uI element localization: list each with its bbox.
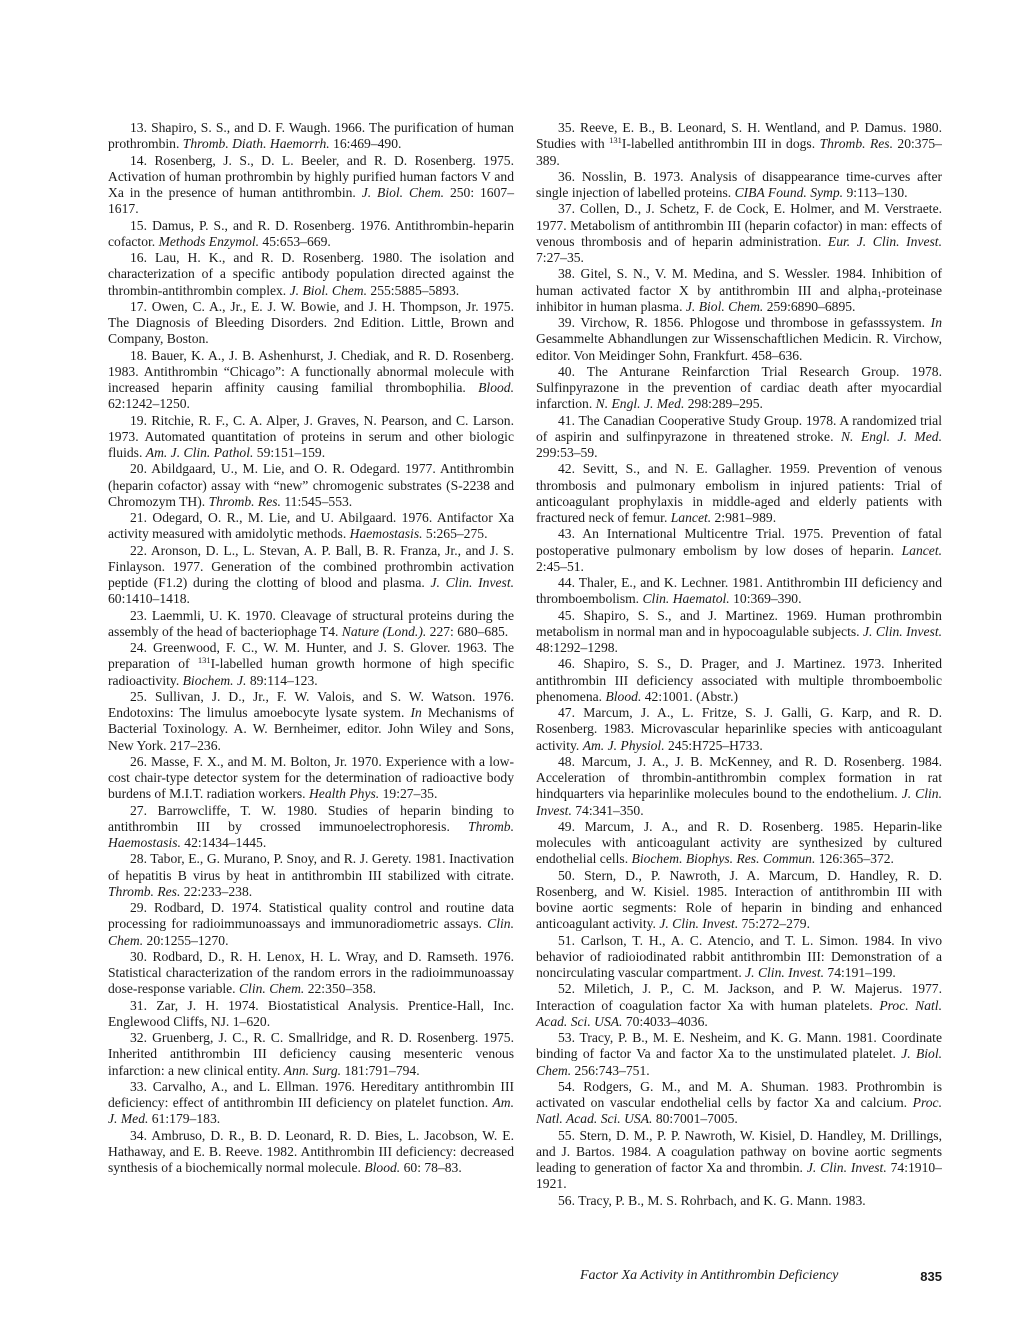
reference-citation: 20:1255–1270. bbox=[143, 933, 228, 948]
journal-name: Biochem. Biophys. Res. Commun. bbox=[632, 851, 816, 866]
journal-name: In bbox=[931, 315, 942, 330]
reference-item: 50. Stern, D., P. Nawroth, J. A. Marcum,… bbox=[536, 868, 942, 933]
reference-number: 46. bbox=[558, 656, 575, 671]
journal-name: J. Clin. Invest. bbox=[745, 965, 824, 980]
reference-item: 33. Carvalho, A., and L. Ellman. 1976. H… bbox=[108, 1079, 514, 1128]
reference-number: 16. bbox=[130, 250, 147, 265]
reference-number: 17. bbox=[130, 299, 147, 314]
reference-citation: 10:369–390. bbox=[730, 591, 802, 606]
reference-text: Barrowcliffe, T. W. 1980. Studies of hep… bbox=[108, 803, 514, 834]
reference-citation: 48:1292–1298. bbox=[536, 640, 618, 655]
reference-number: 40. bbox=[558, 364, 575, 379]
reference-number: 18. bbox=[130, 348, 147, 363]
journal-name: Eur. J. Clin. Invest. bbox=[828, 234, 942, 249]
reference-citation: 59:151–159. bbox=[253, 445, 325, 460]
reference-item: 35. Reeve, E. B., B. Leonard, S. H. Went… bbox=[536, 120, 942, 169]
reference-item: 42. Sevitt, S., and N. E. Gallagher. 195… bbox=[536, 461, 942, 526]
reference-number: 24. bbox=[130, 640, 147, 655]
page-number: 835 bbox=[920, 1269, 942, 1284]
reference-number: 20. bbox=[130, 461, 147, 476]
journal-name: J. Biol. Chem. bbox=[362, 185, 444, 200]
journal-name: Nature (Lond.). bbox=[342, 624, 426, 639]
reference-item: 36. Nosslin, B. 1973. Analysis of disapp… bbox=[536, 169, 942, 202]
journal-name: Clin. Chem. bbox=[239, 981, 304, 996]
reference-number: 35. bbox=[558, 120, 575, 135]
reference-text: An International Multicentre Trial. 1975… bbox=[536, 526, 942, 557]
reference-item: 39. Virchow, R. 1856. Phlogose und throm… bbox=[536, 315, 942, 364]
journal-name: Blood. bbox=[478, 380, 514, 395]
reference-text: Rodgers, G. M., and M. A. Shuman. 1983. … bbox=[536, 1079, 942, 1110]
journal-name: J. Biol. Chem. bbox=[686, 299, 763, 314]
reference-citation: 259:6890–6895. bbox=[763, 299, 855, 314]
journal-name: Thromb. Res. bbox=[108, 884, 180, 899]
journal-name: Haemostasis. bbox=[350, 526, 423, 541]
reference-citation: 22:350–358. bbox=[304, 981, 376, 996]
journal-name: Am. J. Physiol. bbox=[583, 738, 665, 753]
reference-item: 38. Gitel, S. N., V. M. Medina, and S. W… bbox=[536, 266, 942, 315]
reference-item: 49. Marcum, J. A., and R. D. Rosenberg. … bbox=[536, 819, 942, 868]
reference-citation: 5:265–275. bbox=[423, 526, 488, 541]
reference-item: 53. Tracy, P. B., M. E. Nesheim, and K. … bbox=[536, 1030, 942, 1079]
reference-number: 23. bbox=[130, 608, 147, 623]
reference-item: 13. Shapiro, S. S., and D. F. Waugh. 196… bbox=[108, 120, 514, 153]
reference-item: 56. Tracy, P. B., M. S. Rohrbach, and K.… bbox=[536, 1193, 942, 1209]
reference-item: 17. Owen, C. A., Jr., E. J. W. Bowie, an… bbox=[108, 299, 514, 348]
reference-item: 28. Tabor, E., G. Murano, P. Snoy, and R… bbox=[108, 851, 514, 900]
reference-number: 14. bbox=[130, 153, 147, 168]
superscript: 131 bbox=[609, 135, 622, 145]
journal-name: J. Clin. Invest. bbox=[807, 1160, 887, 1175]
reference-number: 49. bbox=[558, 819, 575, 834]
reference-item: 37. Collen, D., J. Schetz, F. de Cock, E… bbox=[536, 201, 942, 266]
reference-item: 23. Laemmli, U. K. 1970. Cleavage of str… bbox=[108, 608, 514, 641]
journal-name: In bbox=[410, 705, 421, 720]
reference-number: 28. bbox=[130, 851, 147, 866]
reference-number: 33. bbox=[130, 1079, 147, 1094]
journal-name: Methods Enzymol. bbox=[159, 234, 259, 249]
reference-text: Tabor, E., G. Murano, P. Snoy, and R. J.… bbox=[108, 851, 514, 882]
reference-item: 30. Rodbard, D., R. H. Lenox, H. L. Wray… bbox=[108, 949, 514, 998]
reference-text: Tracy, P. B., M. E. Nesheim, and K. G. M… bbox=[536, 1030, 942, 1061]
reference-item: 20. Abildgaard, U., M. Lie, and O. R. Od… bbox=[108, 461, 514, 510]
reference-text: Virchow, R. 1856. Phlogose und thrombose… bbox=[580, 315, 930, 330]
reference-number: 38. bbox=[558, 266, 575, 281]
reference-citation: 45:653–669. bbox=[259, 234, 331, 249]
reference-text: Carvalho, A., and L. Ellman. 1976. Hered… bbox=[108, 1079, 514, 1110]
reference-item: 18. Bauer, K. A., J. B. Ashenhurst, J. C… bbox=[108, 348, 514, 413]
journal-name: J. Clin. Invest. bbox=[659, 916, 738, 931]
reference-number: 36. bbox=[558, 169, 575, 184]
journal-name: Lancet. bbox=[671, 510, 711, 525]
reference-item: 15. Damus, P. S., and R. D. Rosenberg. 1… bbox=[108, 218, 514, 251]
reference-citation: Gesammelte Abhandlungen zur Wissenschaft… bbox=[536, 331, 942, 362]
reference-item: 44. Thaler, E., and K. Lechner. 1981. An… bbox=[536, 575, 942, 608]
reference-number: 22. bbox=[130, 543, 147, 558]
references-column-left: 13. Shapiro, S. S., and D. F. Waugh. 196… bbox=[108, 120, 514, 1176]
reference-citation: 245:H725–H733. bbox=[665, 738, 763, 753]
journal-name: Thromb. Diath. Haemorrh. bbox=[183, 136, 330, 151]
journal-name: Lancet. bbox=[902, 543, 942, 558]
reference-number: 45. bbox=[558, 608, 575, 623]
reference-citation: 2:45–51. bbox=[536, 559, 584, 574]
journal-name: Thromb. Res. bbox=[209, 494, 281, 509]
journal-name: CIBA Found. Symp. bbox=[735, 185, 844, 200]
reference-number: 48. bbox=[558, 754, 575, 769]
reference-item: 14. Rosenberg, J. S., D. L. Beeler, and … bbox=[108, 153, 514, 218]
journal-name: Am. J. Clin. Pathol. bbox=[146, 445, 254, 460]
reference-citation: 256:743–751. bbox=[571, 1063, 650, 1078]
reference-citation: 42:1434–1445. bbox=[181, 835, 266, 850]
reference-item: 19. Ritchie, R. F., C. A. Alper, J. Grav… bbox=[108, 413, 514, 462]
reference-citation: 62:1242–1250. bbox=[108, 396, 190, 411]
reference-citation: 181:791–794. bbox=[341, 1063, 420, 1078]
reference-item: 51. Carlson, T. H., A. C. Atencio, and T… bbox=[536, 933, 942, 982]
reference-citation: 11:545–553. bbox=[281, 494, 352, 509]
reference-number: 34. bbox=[130, 1128, 147, 1143]
journal-name: Thromb. Res. bbox=[820, 136, 893, 151]
reference-citation: 7:27–35. bbox=[536, 250, 584, 265]
reference-citation: 61:179–183. bbox=[148, 1111, 220, 1126]
reference-citation: 60: 78–83. bbox=[400, 1160, 462, 1175]
reference-citation: 255:5885–5893. bbox=[367, 283, 459, 298]
journal-name: J. Clin. Invest. bbox=[430, 575, 514, 590]
reference-item: 31. Zar, J. H. 1974. Biostatistical Anal… bbox=[108, 998, 514, 1031]
reference-number: 19. bbox=[130, 413, 147, 428]
reference-number: 31. bbox=[130, 998, 147, 1013]
reference-number: 37. bbox=[558, 201, 575, 216]
reference-number: 55. bbox=[558, 1128, 575, 1143]
reference-citation: 126:365–372. bbox=[815, 851, 894, 866]
reference-number: 47. bbox=[558, 705, 575, 720]
reference-citation: 75:272–279. bbox=[738, 916, 810, 931]
journal-name: J. Biol. Chem. bbox=[290, 283, 367, 298]
reference-number: 43. bbox=[558, 526, 575, 541]
reference-item: 22. Aronson, D. L., L. Stevan, A. P. Bal… bbox=[108, 543, 514, 608]
reference-number: 53. bbox=[558, 1030, 575, 1045]
reference-number: 25. bbox=[130, 689, 147, 704]
reference-number: 52. bbox=[558, 981, 575, 996]
journal-name: Blood. bbox=[364, 1160, 400, 1175]
reference-citation: 74:191–199. bbox=[824, 965, 896, 980]
reference-number: 32. bbox=[130, 1030, 147, 1045]
reference-item: 52. Miletich, J. P., C. M. Jackson, and … bbox=[536, 981, 942, 1030]
reference-number: 27. bbox=[130, 803, 147, 818]
reference-item: 46. Shapiro, S. S., D. Prager, and J. Ma… bbox=[536, 656, 942, 705]
reference-citation: 2:981–989. bbox=[711, 510, 776, 525]
reference-item: 34. Ambruso, D. R., B. D. Leonard, R. D.… bbox=[108, 1128, 514, 1177]
references-column-right: 35. Reeve, E. B., B. Leonard, S. H. Went… bbox=[536, 120, 942, 1209]
reference-item: 41. The Canadian Cooperative Study Group… bbox=[536, 413, 942, 462]
reference-item: 32. Gruenberg, J. C., R. C. Smallridge, … bbox=[108, 1030, 514, 1079]
reference-text: Tracy, P. B., M. S. Rohrbach, and K. G. … bbox=[578, 1193, 865, 1208]
reference-number: 56. bbox=[558, 1193, 575, 1208]
reference-text: I-labelled antithrombin III in dogs. bbox=[622, 136, 820, 151]
reference-citation: 74:341–350. bbox=[572, 803, 644, 818]
journal-name: Health Phys. bbox=[309, 786, 379, 801]
journal-name: J. Clin. Invest. bbox=[863, 624, 942, 639]
reference-citation: 227: 680–685. bbox=[426, 624, 508, 639]
reference-citation: 42:1001. (Abstr.) bbox=[641, 689, 738, 704]
journal-name: Blood. bbox=[605, 689, 641, 704]
reference-item: 45. Shapiro, S. S., and J. Martinez. 196… bbox=[536, 608, 942, 657]
reference-text: Marcum, J. A., J. B. McKenney, and R. D.… bbox=[536, 754, 942, 802]
reference-text: Bauer, K. A., J. B. Ashenhurst, J. Chedi… bbox=[108, 348, 514, 396]
journal-name: Ann. Surg. bbox=[284, 1063, 341, 1078]
reference-item: 54. Rodgers, G. M., and M. A. Shuman. 19… bbox=[536, 1079, 942, 1128]
reference-citation: 80:7001–7005. bbox=[652, 1111, 737, 1126]
reference-number: 54. bbox=[558, 1079, 575, 1094]
reference-text: Shapiro, S. S., D. Prager, and J. Martin… bbox=[536, 656, 942, 704]
reference-item: 24. Greenwood, F. C., W. M. Hunter, and … bbox=[108, 640, 514, 689]
reference-citation: 16:469–490. bbox=[330, 136, 402, 151]
reference-text: Owen, C. A., Jr., E. J. W. Bowie, and J.… bbox=[108, 299, 514, 347]
journal-name: Biochem. J. bbox=[183, 673, 247, 688]
reference-citation: 70:4033–4036. bbox=[622, 1014, 707, 1029]
reference-number: 29. bbox=[130, 900, 147, 915]
reference-number: 41. bbox=[558, 413, 575, 428]
journal-name: N. Engl. J. Med. bbox=[841, 429, 942, 444]
reference-number: 44. bbox=[558, 575, 575, 590]
journal-name: Clin. Haematol. bbox=[642, 591, 729, 606]
reference-item: 21. Odegard, O. R., M. Lie, and U. Abilg… bbox=[108, 510, 514, 543]
reference-item: 16. Lau, H. K., and R. D. Rosenberg. 198… bbox=[108, 250, 514, 299]
reference-number: 21. bbox=[130, 510, 147, 525]
reference-number: 50. bbox=[558, 868, 575, 883]
reference-number: 42. bbox=[558, 461, 575, 476]
reference-number: 39. bbox=[558, 315, 575, 330]
reference-item: 40. The Anturane Reinfarction Trial Rese… bbox=[536, 364, 942, 413]
reference-citation: 298:289–295. bbox=[684, 396, 763, 411]
reference-number: 51. bbox=[558, 933, 575, 948]
reference-number: 30. bbox=[130, 949, 147, 964]
reference-item: 29. Rodbard, D. 1974. Statistical qualit… bbox=[108, 900, 514, 949]
reference-item: 26. Masse, F. X., and M. M. Bolton, Jr. … bbox=[108, 754, 514, 803]
reference-number: 15. bbox=[130, 218, 147, 233]
reference-item: 27. Barrowcliffe, T. W. 1980. Studies of… bbox=[108, 803, 514, 852]
reference-item: 48. Marcum, J. A., J. B. McKenney, and R… bbox=[536, 754, 942, 819]
reference-citation: 89:114–123. bbox=[246, 673, 317, 688]
reference-item: 55. Stern, D. M., P. P. Nawroth, W. Kisi… bbox=[536, 1128, 942, 1193]
reference-citation: 299:53–59. bbox=[536, 445, 598, 460]
reference-item: 47. Marcum, J. A., L. Fritze, S. J. Gall… bbox=[536, 705, 942, 754]
running-title: Factor Xa Activity in Antithrombin Defic… bbox=[580, 1268, 838, 1284]
reference-text: Zar, J. H. 1974. Biostatistical Analysis… bbox=[108, 998, 514, 1029]
reference-number: 13. bbox=[130, 120, 147, 135]
reference-citation: 60:1410–1418. bbox=[108, 591, 190, 606]
reference-text: Rodbard, D. 1974. Statistical quality co… bbox=[108, 900, 514, 931]
journal-name: N. Engl. J. Med. bbox=[596, 396, 685, 411]
reference-item: 25. Sullivan, J. D., Jr., F. W. Valois, … bbox=[108, 689, 514, 754]
reference-citation: 22:233–238. bbox=[180, 884, 252, 899]
reference-citation: 19:27–35. bbox=[379, 786, 437, 801]
reference-citation: 9:113–130. bbox=[843, 185, 907, 200]
superscript: 131 bbox=[198, 655, 211, 665]
reference-item: 43. An International Multicentre Trial. … bbox=[536, 526, 942, 575]
reference-number: 26. bbox=[130, 754, 147, 769]
